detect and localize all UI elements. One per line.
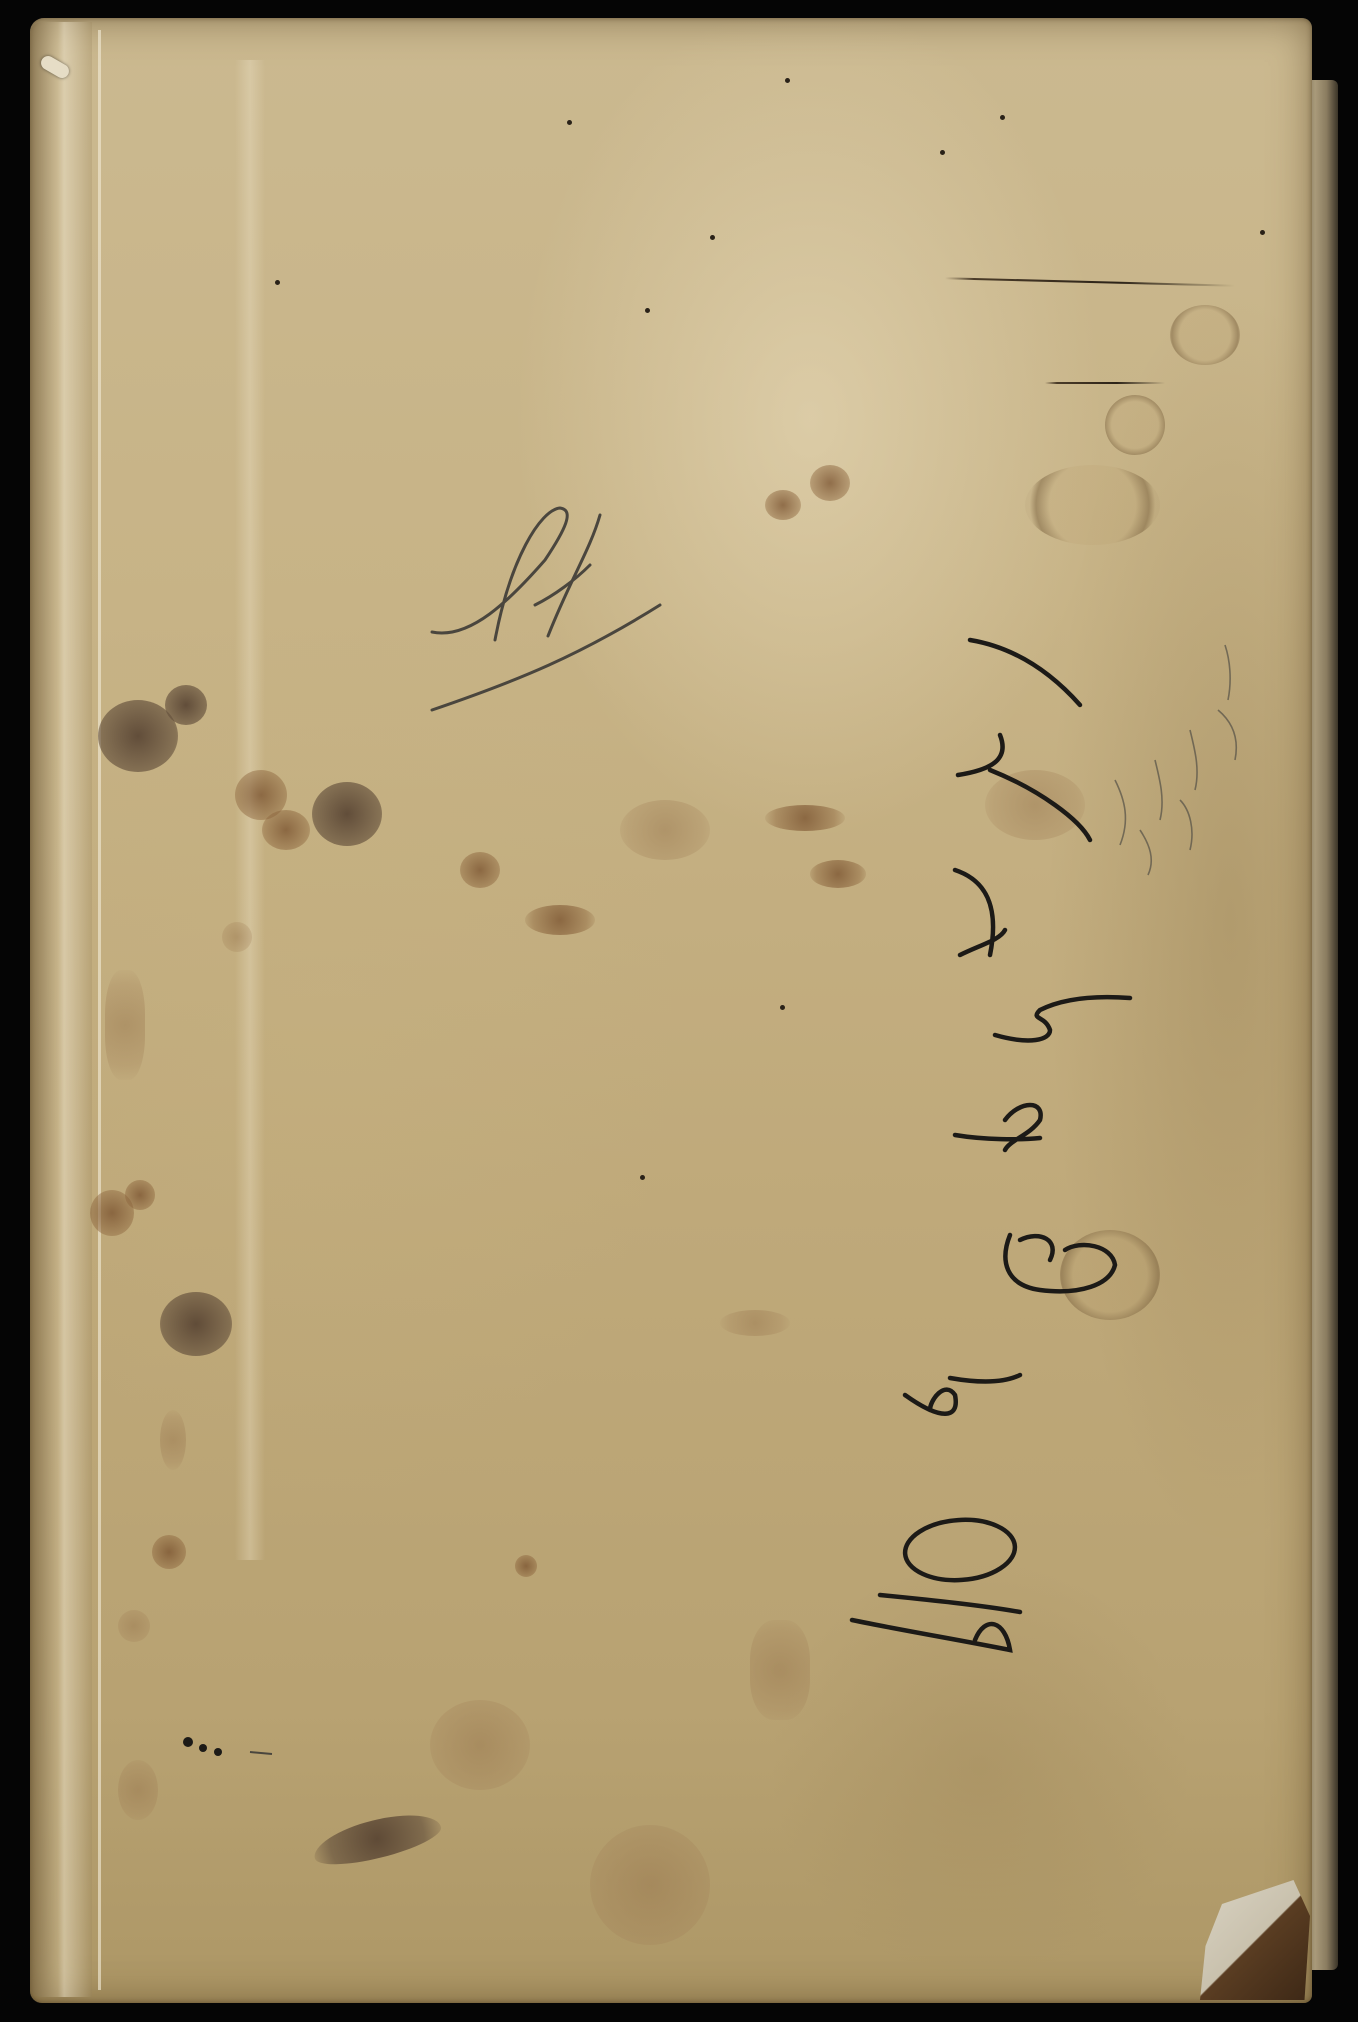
stain [165,685,207,725]
stain [985,770,1085,840]
water-ring [1105,395,1165,455]
speck [645,308,650,313]
stain [765,805,845,831]
stain [152,1535,186,1569]
speck [1000,115,1005,120]
stain [810,465,850,501]
stain [160,1410,186,1470]
stain [765,490,801,520]
stain [590,1825,710,1945]
speck [940,150,945,155]
stain [262,810,310,850]
speck [567,120,572,125]
stain [105,970,145,1080]
stain [620,800,710,860]
stain [118,1610,150,1642]
speck [1260,230,1265,235]
speck [275,280,280,285]
speck [710,235,715,240]
stain [525,905,595,935]
stain [515,1555,537,1577]
stain [810,860,866,888]
speck [780,1005,785,1010]
spine-fold [30,22,92,1997]
book-cover-photo: A1 Mo 2 B 4 5 7 910 Front cover of an an… [0,0,1358,2022]
scratch [1045,382,1165,384]
water-ring [1170,305,1240,365]
stain [720,1310,790,1336]
speck [785,78,790,83]
stain [160,1292,232,1356]
stain [222,922,252,952]
speck [640,1175,645,1180]
vellum-cover [30,18,1312,2003]
stain [118,1760,158,1820]
fold-line [98,30,101,1990]
stain [312,782,382,846]
stain [460,852,500,888]
stain [430,1700,530,1790]
stain [750,1620,810,1720]
water-ring [1060,1230,1160,1320]
water-ring [1025,465,1160,545]
stain [125,1180,155,1210]
